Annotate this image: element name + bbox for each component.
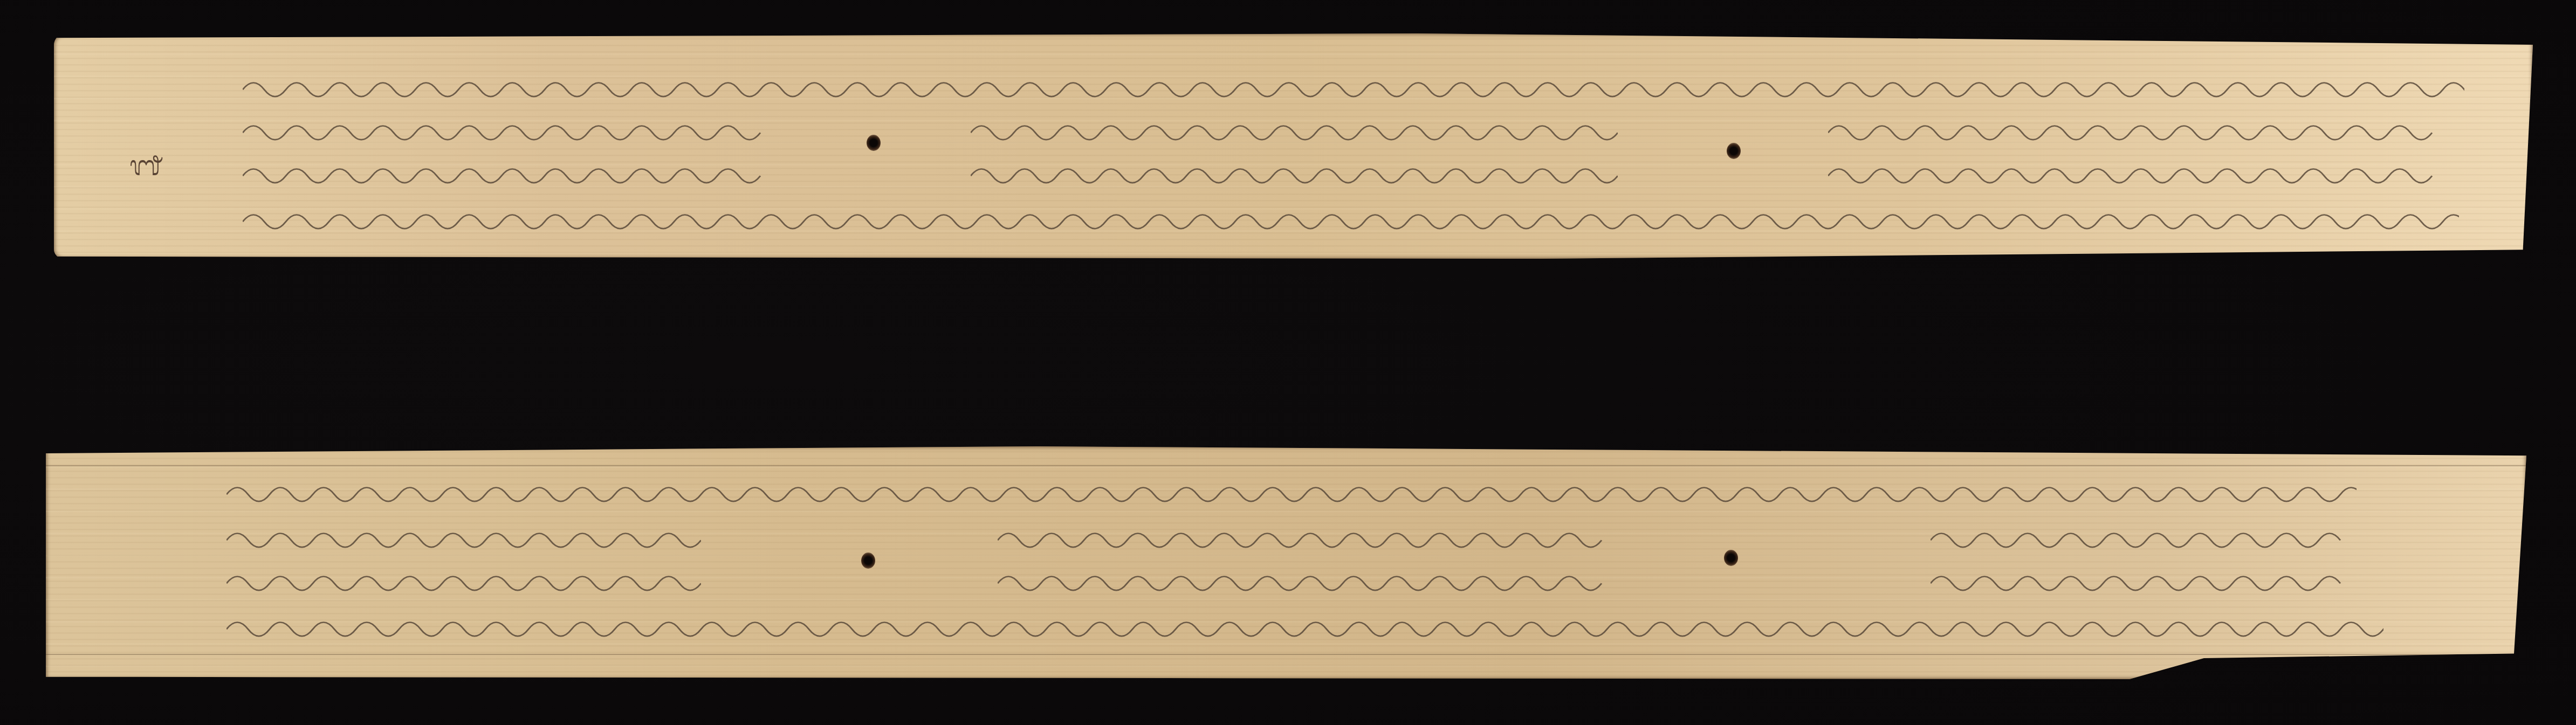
binding-hole <box>1724 550 1738 566</box>
scribed-rule-line <box>46 654 2526 655</box>
script-line <box>1931 565 2357 597</box>
script-line <box>998 565 1618 597</box>
script-line <box>243 114 766 147</box>
script-line <box>243 203 2459 236</box>
script-line <box>1931 522 2357 554</box>
script-line <box>226 522 701 554</box>
script-line <box>226 611 2383 643</box>
script-line <box>971 114 1618 147</box>
binding-hole <box>867 135 881 151</box>
script-line <box>1828 157 2443 190</box>
script-line <box>243 157 766 190</box>
script-line <box>971 157 1618 190</box>
scribed-rule-line <box>46 465 2526 466</box>
binding-hole <box>1727 143 1741 159</box>
folio-number: ᭑ <box>129 152 162 180</box>
script-line <box>226 476 2357 508</box>
script-line <box>226 565 701 597</box>
binding-hole <box>861 553 875 569</box>
palm-leaf-folio-2 <box>46 446 2526 679</box>
script-line <box>998 522 1618 554</box>
script-line <box>243 71 2464 103</box>
palm-leaf-folio-1: ᭑ <box>54 33 2533 259</box>
script-line <box>1828 114 2443 147</box>
